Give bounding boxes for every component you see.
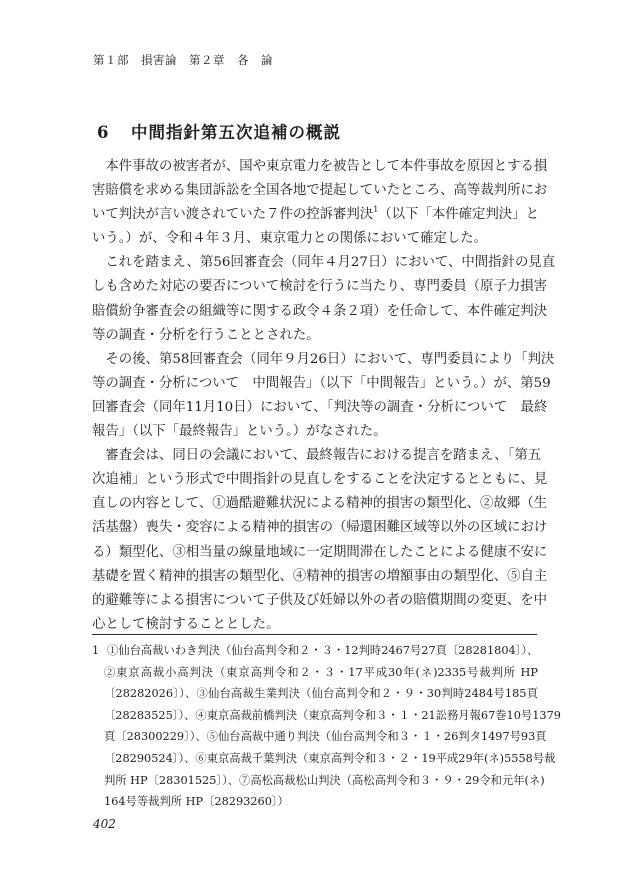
text-line: 活基盤）喪失・変容による精神的損害の（帰還困難区域等以外の区域におけ <box>92 516 538 540</box>
footnote: 1①仙台高裁いわき判決（仙台高判令和２・３・12判時2467号27頁〔28281… <box>92 640 538 813</box>
text-line: 基礎を置く精神的損害の類型化、④精神的損害の増額事由の類型化、⑤自主 <box>92 565 538 589</box>
text-line: いう。）が、令和４年３月、東京電力との関係において確定した。 <box>92 227 538 251</box>
footnote-line: 頁〔28300229〕）、⑤仙台高裁中通り判決（仙台高判令和３・１・26判タ14… <box>92 726 538 748</box>
section-number: 6 <box>97 123 131 142</box>
paragraph: これを踏まえ、第56回審査会（同年４月27日）において、中間指針の見直 しも含め… <box>92 251 538 347</box>
footnote-line: 〔28283525〕）、④東京高裁前橋判決（東京高判令和３・１・21訟務月報67… <box>92 705 538 727</box>
text-line: これを踏まえ、第56回審査会（同年４月27日）において、中間指針の見直 <box>92 251 538 275</box>
text-line-tail: （以下「本件確定判決」と <box>378 207 539 222</box>
running-head-chapter: 第２章 <box>189 53 225 67</box>
document-page: 第１部損害論第２章各 論 6中間指針第五次追補の概説 本件事故の被害者が、国や東… <box>0 0 618 888</box>
text-line: 次追補」という形式で中間指針の見直しをすることを決定するとともに、見 <box>92 468 538 492</box>
text-line: 等の調査・分析を行うこととされた。 <box>92 324 538 348</box>
text-line: 本件事故の被害者が、国や東京電力を被告として本件事故を原因とする損 <box>92 155 538 179</box>
running-head-part-title: 損害論 <box>141 53 177 67</box>
footnote-line: 判所 HP〔28301525〕）、⑦高松高裁松山判決（高松高判令和３・９・29令… <box>92 770 538 792</box>
footnote-line: 〔28290524〕）、⑥東京高裁千葉判決（東京高判令和３・２・19平成29年(… <box>92 748 538 770</box>
text-line: 賠償紛争審査会の組織等に関する政令４条２項）を任命して、本件確定判決 <box>92 300 538 324</box>
text-line: その後、第58回審査会（同年９月26日）において、専門委員により「判決 <box>92 348 538 372</box>
text-line: 直しの内容として、①過酷避難状況による精神的損害の類型化、②故郷（生 <box>92 492 538 516</box>
footnote-text: ①仙台高裁いわき判決（仙台高判令和２・３・12判時2467号27頁〔282818… <box>107 644 538 657</box>
footnote-line: 〔28282026〕）、③仙台高裁生業判決（仙台高判令和２・９・30判時2484… <box>92 683 538 705</box>
paragraph: その後、第58回審査会（同年９月26日）において、専門委員により「判決 等の調査… <box>92 348 538 444</box>
footnote-line: ②東京高裁小高判決（東京高判令和２・３・17平成30年(ネ)2335号裁判所 H… <box>92 662 538 684</box>
footnote-number: 1 <box>92 640 107 662</box>
text-line: 的避難等による損害について子供及び妊婦以外の者の賠償期間の変更、を中 <box>92 589 538 613</box>
running-head-chapter-title: 各 論 <box>237 53 273 67</box>
text-line: 等の調査・分析について 中間報告」（以下「中間報告」という。）が、第59 <box>92 372 538 396</box>
running-head-part: 第１部 <box>93 53 129 67</box>
section-heading: 6中間指針第五次追補の概説 <box>97 119 341 143</box>
footnote-line: 1①仙台高裁いわき判決（仙台高判令和２・３・12判時2467号27頁〔28281… <box>92 640 538 662</box>
text-line: 害賠償を求める集団訴訟を全国各地で提起していたところ、高等裁判所にお <box>92 179 538 203</box>
section-title-text: 中間指針第五次追補の概説 <box>131 123 341 142</box>
body-text: 本件事故の被害者が、国や東京電力を被告として本件事故を原因とする損 害賠償を求め… <box>92 155 538 637</box>
text-line: しも含めた対応の要否について検討を行うに当たり、専門委員（原子力損害 <box>92 275 538 299</box>
text-line: 回審査会（同年11月10日）において、「判決等の調査・分析について 最終 <box>92 396 538 420</box>
running-head: 第１部損害論第２章各 論 <box>93 52 285 68</box>
page-number: 402 <box>93 817 116 831</box>
text-line-head: いて判決が言い渡されていた７件の控訴審判決 <box>92 207 373 222</box>
text-line: 報告」（以下「最終報告」という。）がなされた。 <box>92 420 538 444</box>
text-line: る）類型化、③相当量の線量地域に一定期間滞在したことによる健康不安に <box>92 541 538 565</box>
paragraph: 本件事故の被害者が、国や東京電力を被告として本件事故を原因とする損 害賠償を求め… <box>92 155 538 251</box>
text-line: いて判決が言い渡されていた７件の控訴審判決1（以下「本件確定判決」と <box>92 203 538 227</box>
footnote-line: 164号等裁判所 HP〔28293260〕） <box>92 791 538 813</box>
footnote-divider <box>92 634 537 635</box>
text-line: 審査会は、同日の会議において、最終報告における提言を踏まえ、「第五 <box>92 444 538 468</box>
paragraph: 審査会は、同日の会議において、最終報告における提言を踏まえ、「第五 次追補」とい… <box>92 444 538 637</box>
